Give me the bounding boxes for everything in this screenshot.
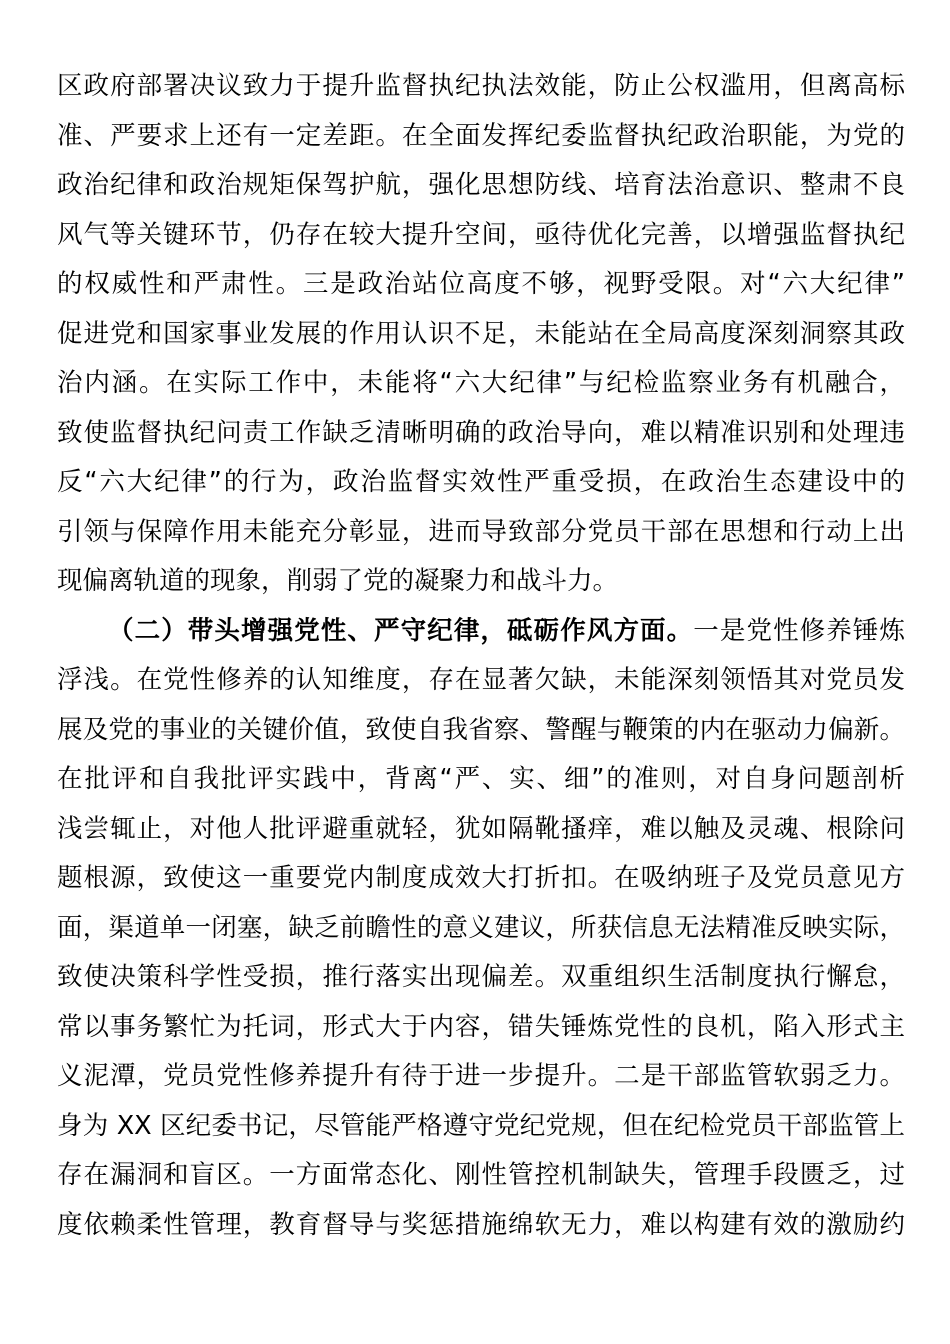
text-line: 治内涵。在实际工作中，未能将“六大纪律”与纪检监察业务有机融合， <box>57 359 905 409</box>
body-text: 治内涵。在实际工作中，未能将“六大纪律”与纪检监察业务有机融合， <box>57 368 905 398</box>
document-page: 区政府部署决议致力于提升监督执纪执法效能，防止公权滥用，但离高标准、严要求上还有… <box>0 0 950 1344</box>
body-text: 一是党性修养锤炼 <box>693 616 905 646</box>
text-line: 题根源，致使这一重要党内制度成效大打折扣。在吸纳班子及党员意见方 <box>57 854 905 904</box>
body-text: 身为 XX 区纪委书记，尽管能严格遵守党纪党规，但在纪检党员干部监管上 <box>57 1111 905 1141</box>
text-line: （二）带头增强党性、严守纪律，砥砺作风方面。一是党性修养锤炼 <box>57 607 905 657</box>
text-line: 面，渠道单一闭塞，缺乏前瞻性的意义建议，所获信息无法精准反映实际， <box>57 904 905 954</box>
text-line: 身为 XX 区纪委书记，尽管能严格遵守党纪党规，但在纪检党员干部监管上 <box>57 1102 905 1152</box>
text-line: 展及党的事业的关键价值，致使自我省察、警醒与鞭策的内在驱动力偏新。 <box>57 706 905 756</box>
body-text: 度依赖柔性管理，教育督导与奖惩措施绵软无力，难以构建有效的激励约 <box>57 1210 905 1240</box>
body-text: 致使决策科学性受损，推行落实出现偏差。双重组织生活制度执行懈怠， <box>57 962 905 992</box>
body-text: 义泥潭，党员党性修养提升有待于进一步提升。二是干部监管软弱乏力。 <box>57 1061 905 1091</box>
text-line: 存在漏洞和盲区。一方面常态化、刚性管控机制缺失，管理手段匮乏，过 <box>57 1151 905 1201</box>
text-line: 致使监督执纪问责工作缺乏清晰明确的政治导向，难以精准识别和处理违 <box>57 409 905 459</box>
body-text: 反“六大纪律”的行为，政治监督实效性严重受损，在政治生态建设中的 <box>57 467 905 497</box>
text-line: 引领与保障作用未能充分彰显，进而导致部分党员干部在思想和行动上出 <box>57 508 905 558</box>
text-line: 度依赖柔性管理，教育督导与奖惩措施绵软无力，难以构建有效的激励约 <box>57 1201 905 1251</box>
body-text: 在批评和自我批评实践中，背离“严、实、细”的准则，对自身问题剖析 <box>57 764 905 794</box>
body-text: 题根源，致使这一重要党内制度成效大打折扣。在吸纳班子及党员意见方 <box>57 863 905 893</box>
body-text: 浅尝辄止，对他人批评避重就轻，犹如隔靴搔痒，难以触及灵魂、根除问 <box>57 814 905 844</box>
body-text: 展及党的事业的关键价值，致使自我省察、警醒与鞭策的内在驱动力偏新。 <box>57 715 905 745</box>
body-text: 区政府部署决议致力于提升监督执纪执法效能，防止公权滥用，但离高标 <box>57 71 905 101</box>
text-line: 政治纪律和政治规矩保驾护航，强化思想防线、培育法治意识、整肃不良 <box>57 161 905 211</box>
body-text: 准、严要求上还有一定差距。在全面发挥纪委监督执纪政治职能，为党的 <box>57 121 905 151</box>
text-line: 常以事务繁忙为托词，形式大于内容，错失锤炼党性的良机，陷入形式主 <box>57 1003 905 1053</box>
text-line: 致使决策科学性受损，推行落实出现偏差。双重组织生活制度执行懈怠， <box>57 953 905 1003</box>
body-text: 存在漏洞和盲区。一方面常态化、刚性管控机制缺失，管理手段匮乏，过 <box>57 1160 905 1190</box>
body-text: 促进党和国家事业发展的作用认识不足，未能站在全局高度深刻洞察其政 <box>57 319 905 349</box>
text-line: 现偏离轨道的现象，削弱了党的凝聚力和战斗力。 <box>57 557 905 607</box>
section-heading-text: （二）带头增强党性、严守纪律，砥砺作风方面。 <box>108 616 693 646</box>
text-line: 促进党和国家事业发展的作用认识不足，未能站在全局高度深刻洞察其政 <box>57 310 905 360</box>
text-line: 反“六大纪律”的行为，政治监督实效性严重受损，在政治生态建设中的 <box>57 458 905 508</box>
body-text: 风气等关键环节，仍存在较大提升空间，亟待优化完善，以增强监督执纪 <box>57 220 905 250</box>
body-text: 常以事务繁忙为托词，形式大于内容，错失锤炼党性的良机，陷入形式主 <box>57 1012 905 1042</box>
text-line: 区政府部署决议致力于提升监督执纪执法效能，防止公权滥用，但离高标 <box>57 62 905 112</box>
paragraph-2: （二）带头增强党性、严守纪律，砥砺作风方面。一是党性修养锤炼浮浅。在党性修养的认… <box>57 607 905 1251</box>
text-line: 浅尝辄止，对他人批评避重就轻，犹如隔靴搔痒，难以触及灵魂、根除问 <box>57 805 905 855</box>
text-line: 的权威性和严肃性。三是政治站位高度不够，视野受限。对“六大纪律” <box>57 260 905 310</box>
body-text: 政治纪律和政治规矩保驾护航，强化思想防线、培育法治意识、整肃不良 <box>57 170 905 200</box>
body-text: 引领与保障作用未能充分彰显，进而导致部分党员干部在思想和行动上出 <box>57 517 905 547</box>
body-text: 的权威性和严肃性。三是政治站位高度不够，视野受限。对“六大纪律” <box>57 269 905 299</box>
text-line: 在批评和自我批评实践中，背离“严、实、细”的准则，对自身问题剖析 <box>57 755 905 805</box>
body-text: 致使监督执纪问责工作缺乏清晰明确的政治导向，难以精准识别和处理违 <box>57 418 905 448</box>
text-line: 准、严要求上还有一定差距。在全面发挥纪委监督执纪政治职能，为党的 <box>57 112 905 162</box>
body-text: 现偏离轨道的现象，削弱了党的凝聚力和战斗力。 <box>57 566 618 596</box>
body-text: 面，渠道单一闭塞，缺乏前瞻性的意义建议，所获信息无法精准反映实际， <box>57 913 905 943</box>
text-line: 风气等关键环节，仍存在较大提升空间，亟待优化完善，以增强监督执纪 <box>57 211 905 261</box>
text-line: 浮浅。在党性修养的认知维度，存在显著欠缺，未能深刻领悟其对党员发 <box>57 656 905 706</box>
text-line: 义泥潭，党员党性修养提升有待于进一步提升。二是干部监管软弱乏力。 <box>57 1052 905 1102</box>
body-text: 浮浅。在党性修养的认知维度，存在显著欠缺，未能深刻领悟其对党员发 <box>57 665 905 695</box>
paragraph-1: 区政府部署决议致力于提升监督执纪执法效能，防止公权滥用，但离高标准、严要求上还有… <box>57 62 905 607</box>
document-body: 区政府部署决议致力于提升监督执纪执法效能，防止公权滥用，但离高标准、严要求上还有… <box>0 0 950 1250</box>
